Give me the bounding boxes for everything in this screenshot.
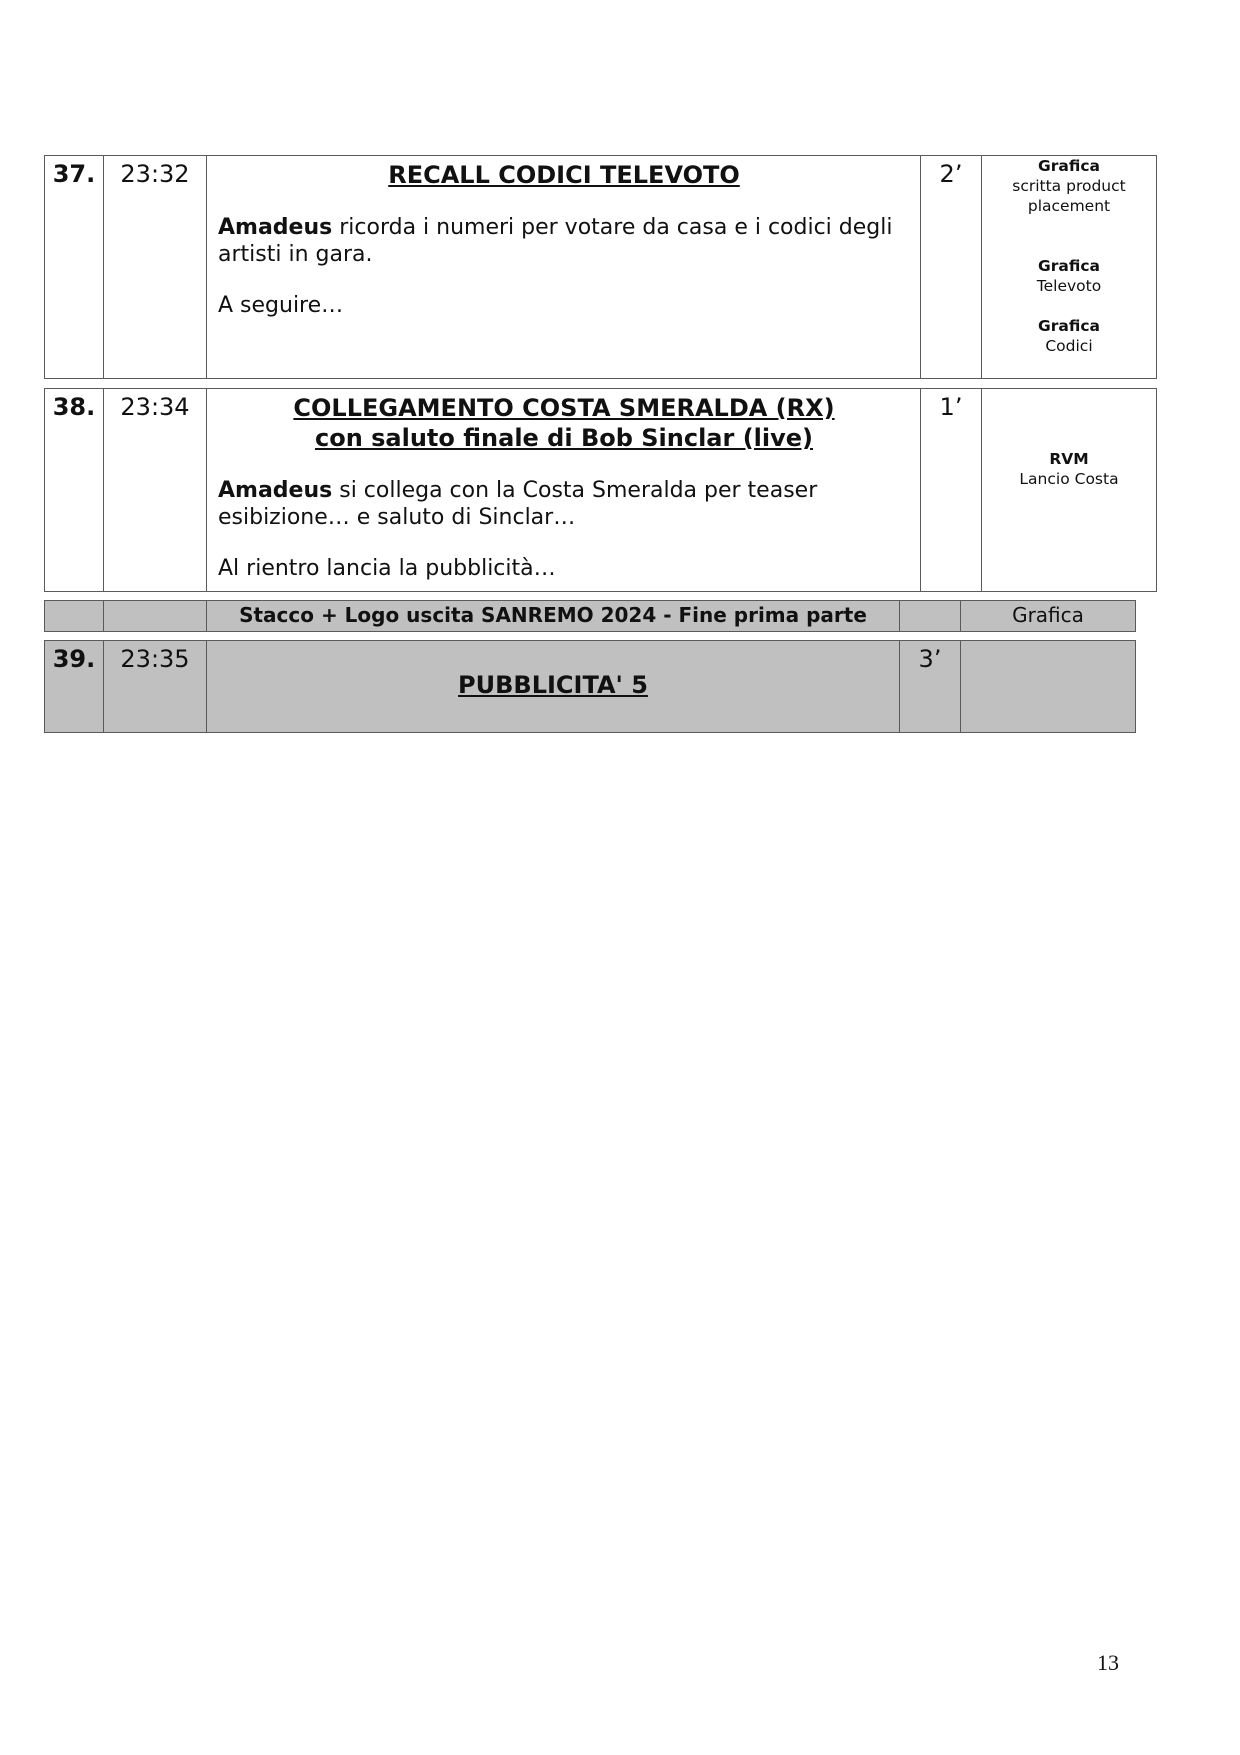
note-text: scritta product placement: [1004, 176, 1134, 216]
row-title: RECALL CODICI TELEVOTO: [218, 160, 910, 190]
row-time: 23:35: [104, 641, 207, 733]
rundown-row-stacco: Stacco + Logo uscita SANREMO 2024 - Fine…: [44, 600, 1136, 632]
row-duration: 3’: [900, 641, 961, 733]
presenter-name: Amadeus: [218, 478, 332, 503]
row-title: Stacco + Logo uscita SANREMO 2024 - Fine…: [207, 601, 900, 632]
row-notes: Grafica scritta product placement Grafic…: [982, 156, 1157, 379]
presenter-name: Amadeus: [218, 215, 332, 240]
row-duration: [900, 601, 961, 632]
row-time: 23:34: [104, 389, 207, 592]
row-description: COLLEGAMENTO COSTA SMERALDA (RX) con sal…: [207, 389, 921, 592]
note-text: Codici: [982, 336, 1156, 356]
row-description: RECALL CODICI TELEVOTO Amadeus ricorda i…: [207, 156, 921, 379]
note-text: Televoto: [982, 276, 1156, 296]
row-notes: [961, 641, 1136, 733]
row-body: Amadeus ricorda i numeri per votare da c…: [218, 214, 910, 268]
row-number: [45, 601, 104, 632]
rundown-row-39: 39. 23:35 PUBBLICITA' 5 3’: [44, 640, 1136, 733]
row-title-line-2: con saluto finale di Bob Sinclar (live): [218, 423, 910, 453]
rundown-row-38: 38. 23:34 COLLEGAMENTO COSTA SMERALDA (R…: [44, 388, 1157, 592]
note-heading: RVM: [982, 449, 1156, 469]
row-body: Amadeus si collega con la Costa Smeralda…: [218, 477, 910, 531]
note-heading: Grafica: [982, 316, 1156, 336]
row-duration: 2’: [921, 156, 982, 379]
row-title-line-1: COLLEGAMENTO COSTA SMERALDA (RX): [218, 393, 910, 423]
row-description: PUBBLICITA' 5: [207, 641, 900, 733]
row-time: [104, 601, 207, 632]
row-number: 38.: [45, 389, 104, 592]
row-body-2: A seguire…: [218, 292, 910, 319]
note-heading: Grafica: [982, 256, 1156, 276]
row-notes: Grafica: [961, 601, 1136, 632]
note-text: Lancio Costa: [982, 469, 1156, 489]
note-heading: Grafica: [982, 156, 1156, 176]
row-body-2: Al rientro lancia la pubblicità…: [218, 555, 910, 582]
row-duration: 1’: [921, 389, 982, 592]
rundown-row-37: 37. 23:32 RECALL CODICI TELEVOTO Amadeus…: [44, 155, 1157, 379]
row-notes: RVM Lancio Costa: [982, 389, 1157, 592]
row-number: 37.: [45, 156, 104, 379]
page-number: 13: [1097, 1650, 1119, 1676]
row-title: PUBBLICITA' 5: [207, 671, 899, 699]
row-number: 39.: [45, 641, 104, 733]
row-time: 23:32: [104, 156, 207, 379]
